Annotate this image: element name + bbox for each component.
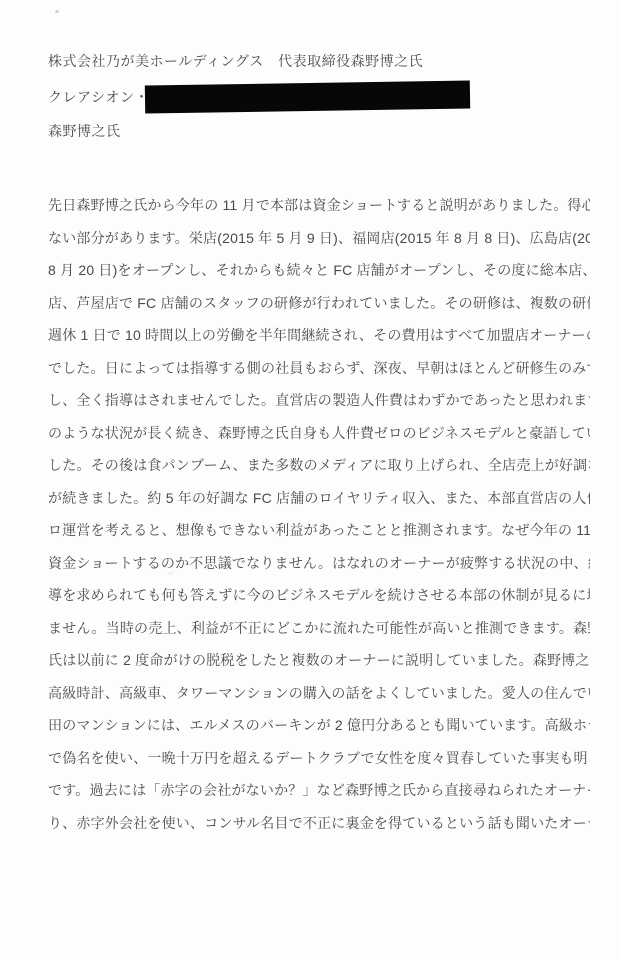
address-prefix: クレアシオン・ — [48, 87, 149, 107]
recipient-address-line: クレアシオン・ — [48, 79, 590, 114]
body-line-9: した。その後は食パンブーム、また多数のメディアに取り上げられ、全店売上が好調な時… — [48, 449, 590, 482]
scan-artifact — [55, 10, 59, 13]
redaction-bar — [145, 80, 470, 113]
body-line-5: 週休 1 日で 10 時間以上の労働を半年間継続され、その費用はすべて加盟店オー… — [48, 319, 590, 352]
scanned-letter-page: 株式会社乃が美ホールディングス 代表取締役森野博之氏 クレアシオン・ 森野博之氏… — [0, 0, 620, 959]
body-line-10: が続きました。約 5 年の好調な FC 店舗のロイヤリティ収入、また、本部直営店… — [48, 482, 590, 515]
recipient-name-line: 森野博之氏 — [48, 114, 590, 149]
letter-header: 株式会社乃が美ホールディングス 代表取締役森野博之氏 クレアシオン・ 森野博之氏 — [0, 0, 620, 149]
body-line-15: 氏は以前に 2 度命がけの脱税をしたと複数のオーナーに説明していました。森野博之… — [48, 644, 590, 677]
body-line-7: し、全く指導はされませんでした。直営店の製造人件費はわずかであったと思われます。… — [48, 384, 590, 417]
body-line-17: 田のマンションには、エルメスのバーキンが 2 億円分あるとも聞いています。高級ホ… — [48, 709, 590, 742]
scan-artifact — [168, 572, 173, 575]
body-line-18: で偽名を使い、一晩十万円を超えるデートクラブで女性を度々買春していた事実も明らか — [48, 742, 590, 775]
body-line-11: ロ運営を考えると、想像もできない利益があったことと推測されます。なぜ今年の 11… — [48, 514, 590, 547]
body-line-2: ない部分があります。栄店(2015 年 5 月 9 日)、福岡店(2015 年 … — [48, 222, 590, 255]
body-line-16: 高級時計、高級車、タワーマンションの購入の話をよくしていました。愛人の住んでいる… — [48, 677, 590, 710]
body-line-13: 導を求められても何も答えずに今のビジネスモデルを続けさせる本部の休制が見るに堪え — [48, 579, 590, 612]
body-line-20: り、赤字外会社を使い、コンサル名目で不正に裏金を得ているという話も聞いたオーナー… — [48, 807, 590, 840]
scan-artifact — [473, 524, 483, 527]
letter-body: 先日森野博之氏から今年の 11 月で本部は資金ショートすると説明がありました。得… — [0, 189, 620, 839]
body-line-1: 先日森野博之氏から今年の 11 月で本部は資金ショートすると説明がありました。得… — [48, 189, 590, 222]
body-line-14: ません。当時の売上、利益が不正にどこかに流れた可能性が高いと推測できます。森野博… — [48, 612, 590, 645]
body-line-8: のような状況が長く続き、森野博之氏自身も人件費ゼロのビジネスモデルと豪語していま — [48, 417, 590, 450]
body-line-3: 8 月 20 日)をオープンし、それからも続々と FC 店舗がオープンし、その度… — [48, 254, 590, 287]
body-line-19: です。過去には「赤字の会社がないか？」など森野博之氏から直接尋ねられたオーナーも… — [48, 774, 590, 807]
body-line-4: 店、芦屋店で FC 店舗のスタッフの研修が行われていました。その研修は、複数の研… — [48, 287, 590, 320]
recipient-company-line: 株式会社乃が美ホールディングス 代表取締役森野博之氏 — [48, 44, 590, 79]
body-line-12: 資金ショートするのか不思議でなりません。はなれのオーナーが疲弊する状況の中、経営… — [48, 547, 590, 580]
body-line-6: でした。日によっては指導する側の社員もおらず、深夜、早朝はほとんど研修生のみで作… — [48, 352, 590, 385]
